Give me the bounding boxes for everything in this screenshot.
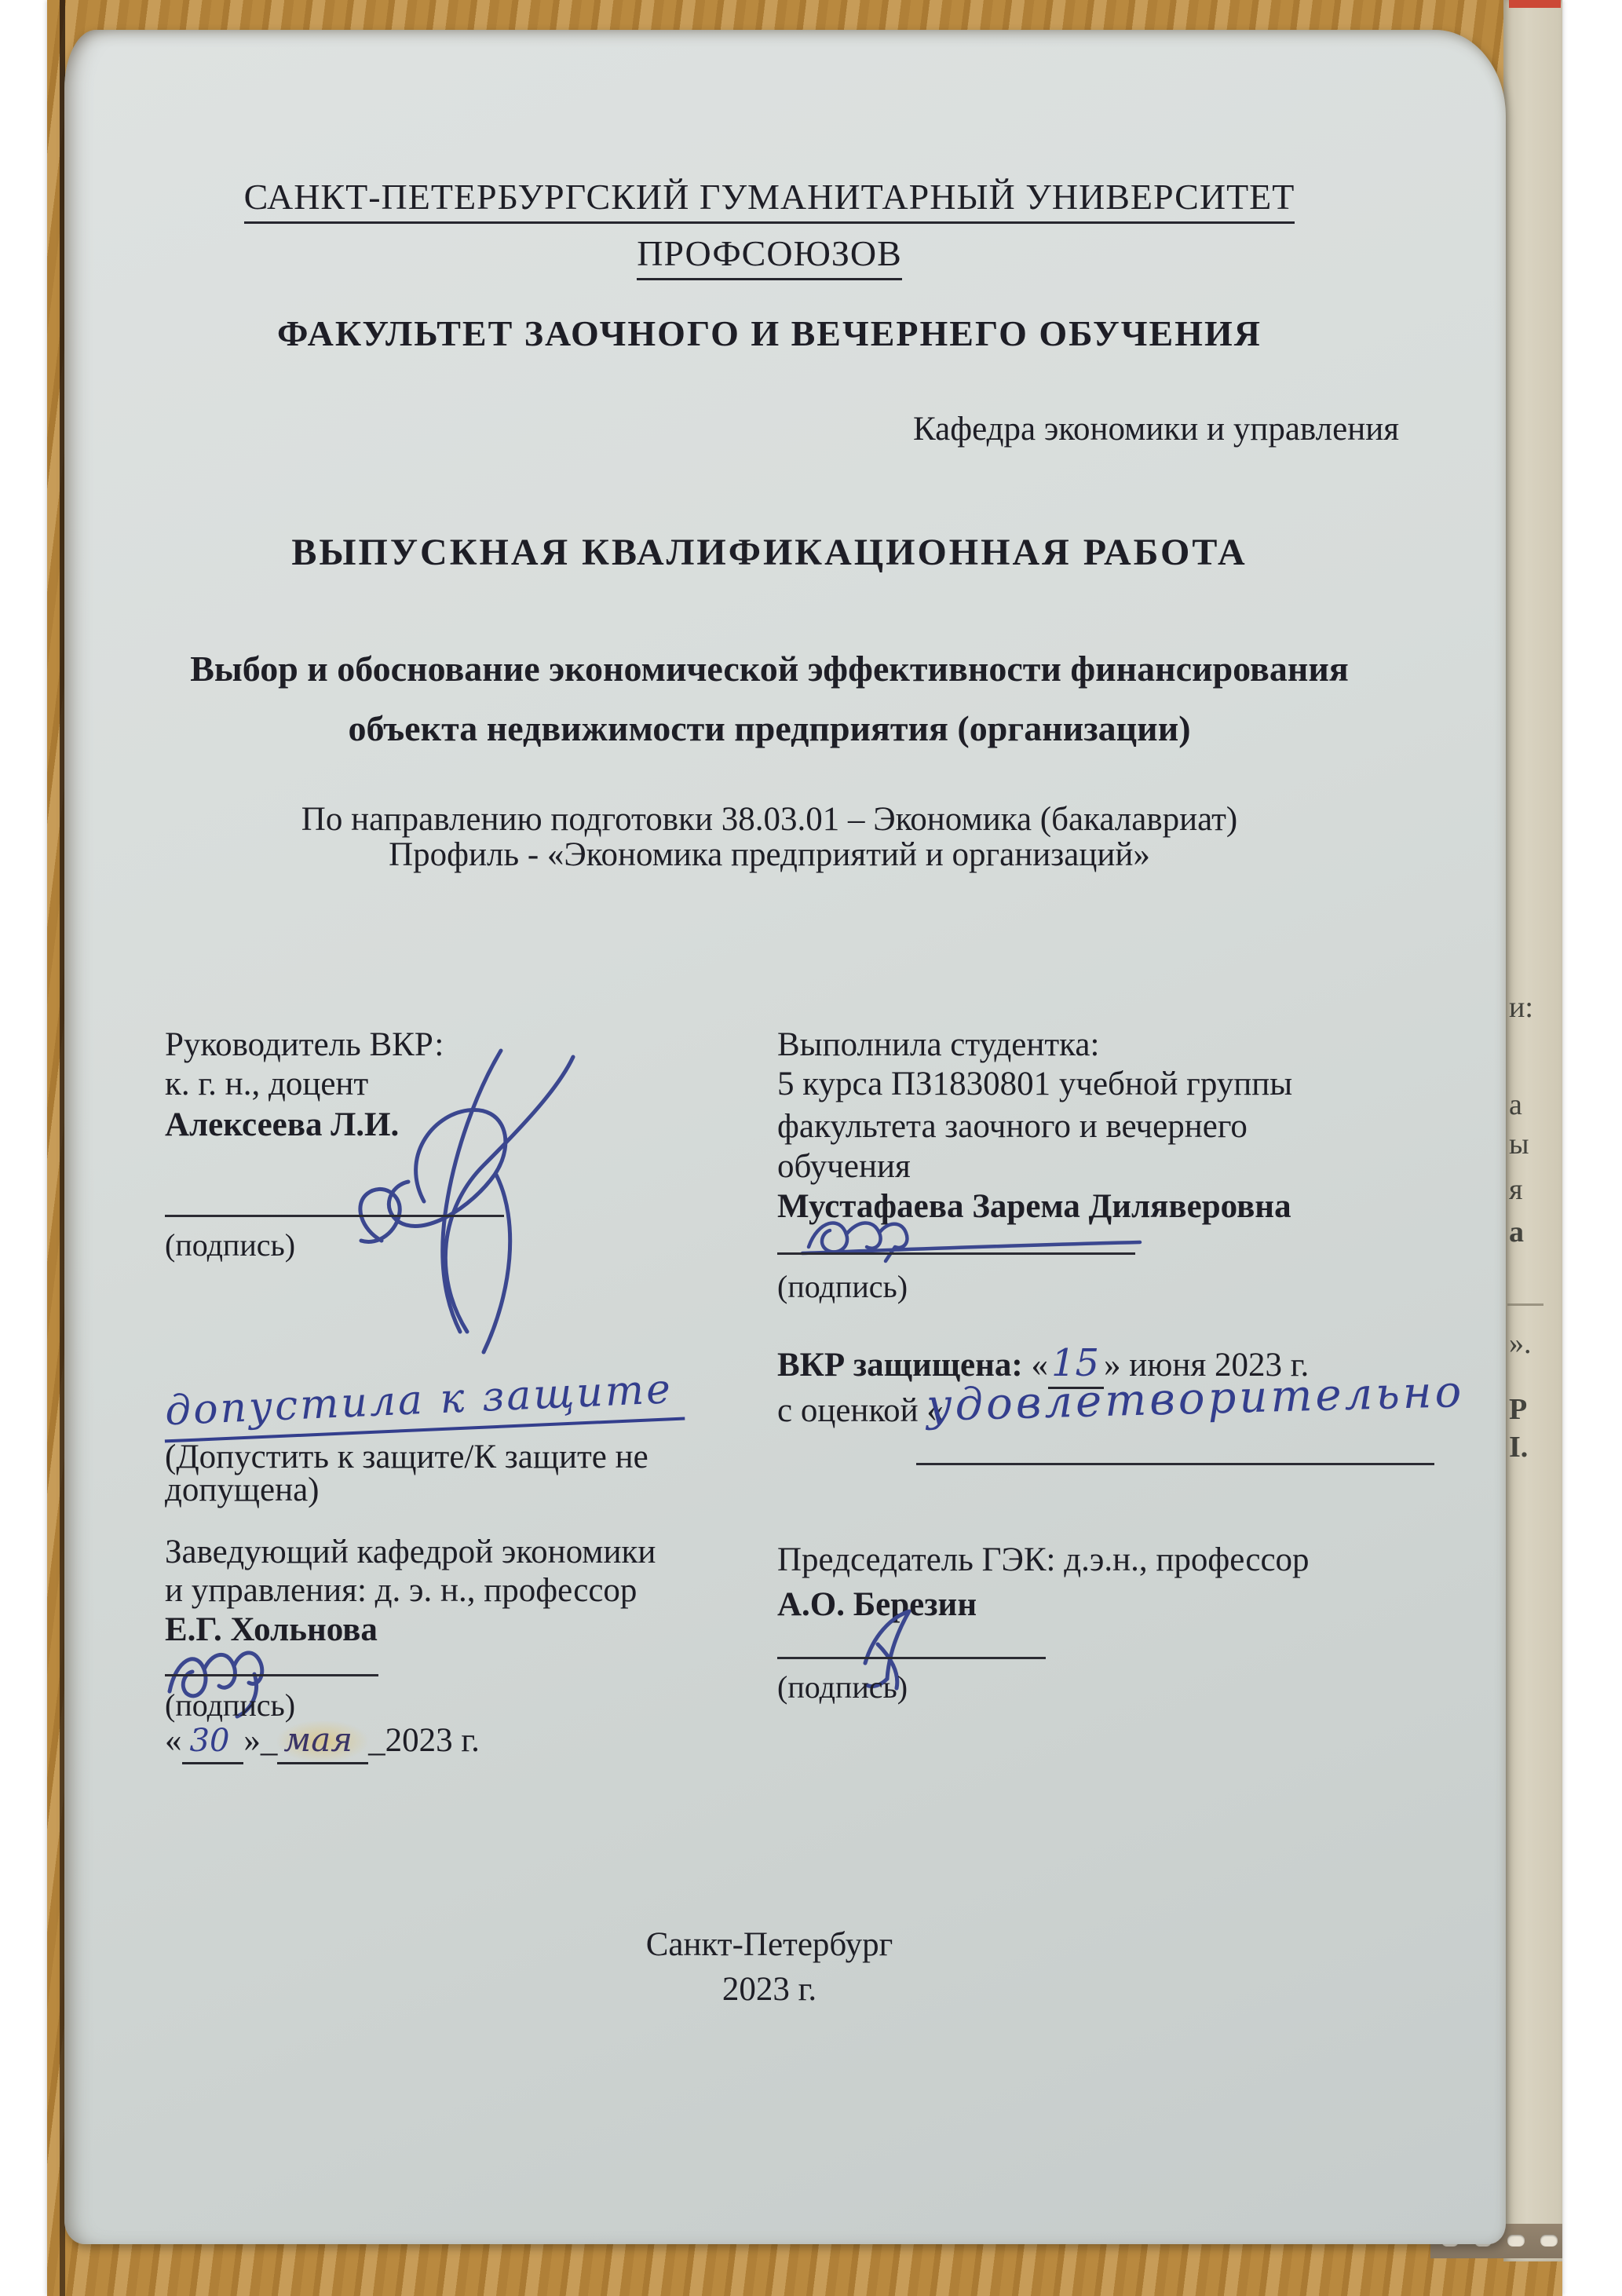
edge-partial-char: ы (1509, 1129, 1556, 1159)
student-signature-line (777, 1252, 1135, 1255)
gek-chair-signature-caption: (подпись) (777, 1669, 908, 1706)
work-type-title: ВЫПУСКНАЯ КВАЛИФИКАЦИОННАЯ РАБОТА (64, 531, 1474, 574)
head-of-department-line1: Заведующий кафедрой экономики (165, 1533, 656, 1571)
head-of-department-signature-line (165, 1674, 378, 1676)
grade-label: с оценкой « (777, 1391, 944, 1430)
head-of-department-signature-caption: (подпись) (165, 1687, 295, 1724)
thesis-title-line2: объекта недвижимости предприятия (органи… (64, 708, 1474, 750)
date-day-handwritten: 30 (182, 1723, 244, 1764)
edge-partial-char: а (1509, 1090, 1556, 1120)
admission-handwritten-note: допустила к защите (163, 1366, 685, 1436)
edge-partial-char: я (1509, 1175, 1556, 1205)
program-line: По направлению подготовки 38.03.01 – Эко… (64, 800, 1474, 839)
date-year: 2023 г. (385, 1722, 480, 1759)
title-page-sheet: САНКТ-ПЕТЕРБУРГСКИЙ ГУМАНИТАРНЫЙ УНИВЕРС… (64, 30, 1506, 2244)
red-edge-fragment (1509, 0, 1561, 8)
footer-city: Санкт-Петербург (64, 1925, 1474, 1964)
supervisor-signature-caption: (подпись) (165, 1227, 295, 1263)
edge-partial-char: ». (1509, 1329, 1556, 1358)
edge-partial-char: а (1509, 1217, 1556, 1247)
gek-chair-line1: Председатель ГЭК: д.э.н., профессор (777, 1541, 1310, 1579)
student-signature (795, 1206, 1148, 1265)
faculty-name: ФАКУЛЬТЕТ ЗАОЧНОГО И ВЕЧЕРНЕГО ОБУЧЕНИЯ (64, 313, 1474, 355)
photo-area: и: а ы я а ». Р I. САНКТ-ПЕТЕРБУРГСКИЙ Г… (47, 0, 1562, 2296)
edge-partial-line (1507, 1303, 1543, 1306)
edge-partial-char: I. (1509, 1432, 1556, 1462)
supervisor-signature-line (165, 1215, 504, 1217)
admission-note-line2: допущена) (165, 1471, 320, 1509)
gek-chair-signature-line (777, 1657, 1046, 1659)
student-signature-caption: (подпись) (777, 1269, 908, 1305)
head-of-department-line2: и управления: д. э. н., профессор (165, 1571, 637, 1610)
department-name: Кафедра экономики и управления (64, 410, 1399, 448)
student-performed-by: Выполнила студентка: (777, 1026, 1099, 1064)
date-month-handwritten: мая (277, 1720, 368, 1764)
footer-year: 2023 г. (64, 1970, 1474, 2009)
profile-line: Профиль - «Экономика предприятий и орган… (64, 835, 1474, 874)
thesis-title-line1: Выбор и обоснование экономической эффект… (64, 649, 1474, 690)
edge-partial-char: Р (1509, 1395, 1556, 1424)
defense-label: ВКР защищена: (777, 1347, 1023, 1384)
photo-of-thesis-title-page: и: а ы я а ». Р I. САНКТ-ПЕТЕРБУРГСКИЙ Г… (0, 0, 1622, 2296)
grade-line (916, 1463, 1434, 1465)
date-quote-close: » (243, 1722, 261, 1759)
date-quote-open: « (165, 1722, 182, 1759)
edge-partial-char: и: (1509, 993, 1556, 1022)
student-faculty-line2: обучения (777, 1147, 911, 1186)
university-name-line2: ПРОФСОЮЗОВ (64, 233, 1474, 280)
head-of-department-date-line: «30»_мая_2023 г. (165, 1721, 480, 1760)
university-name-line1: САНКТ-ПЕТЕРБУРГСКИЙ ГУМАНИТАРНЫЙ УНИВЕРС… (64, 177, 1474, 224)
supervisor-signature (306, 1040, 628, 1369)
student-faculty-line1: факультета заочного и вечернего (777, 1107, 1248, 1146)
student-course-group: 5 курса ПЗ1830801 учебной группы (777, 1065, 1292, 1103)
